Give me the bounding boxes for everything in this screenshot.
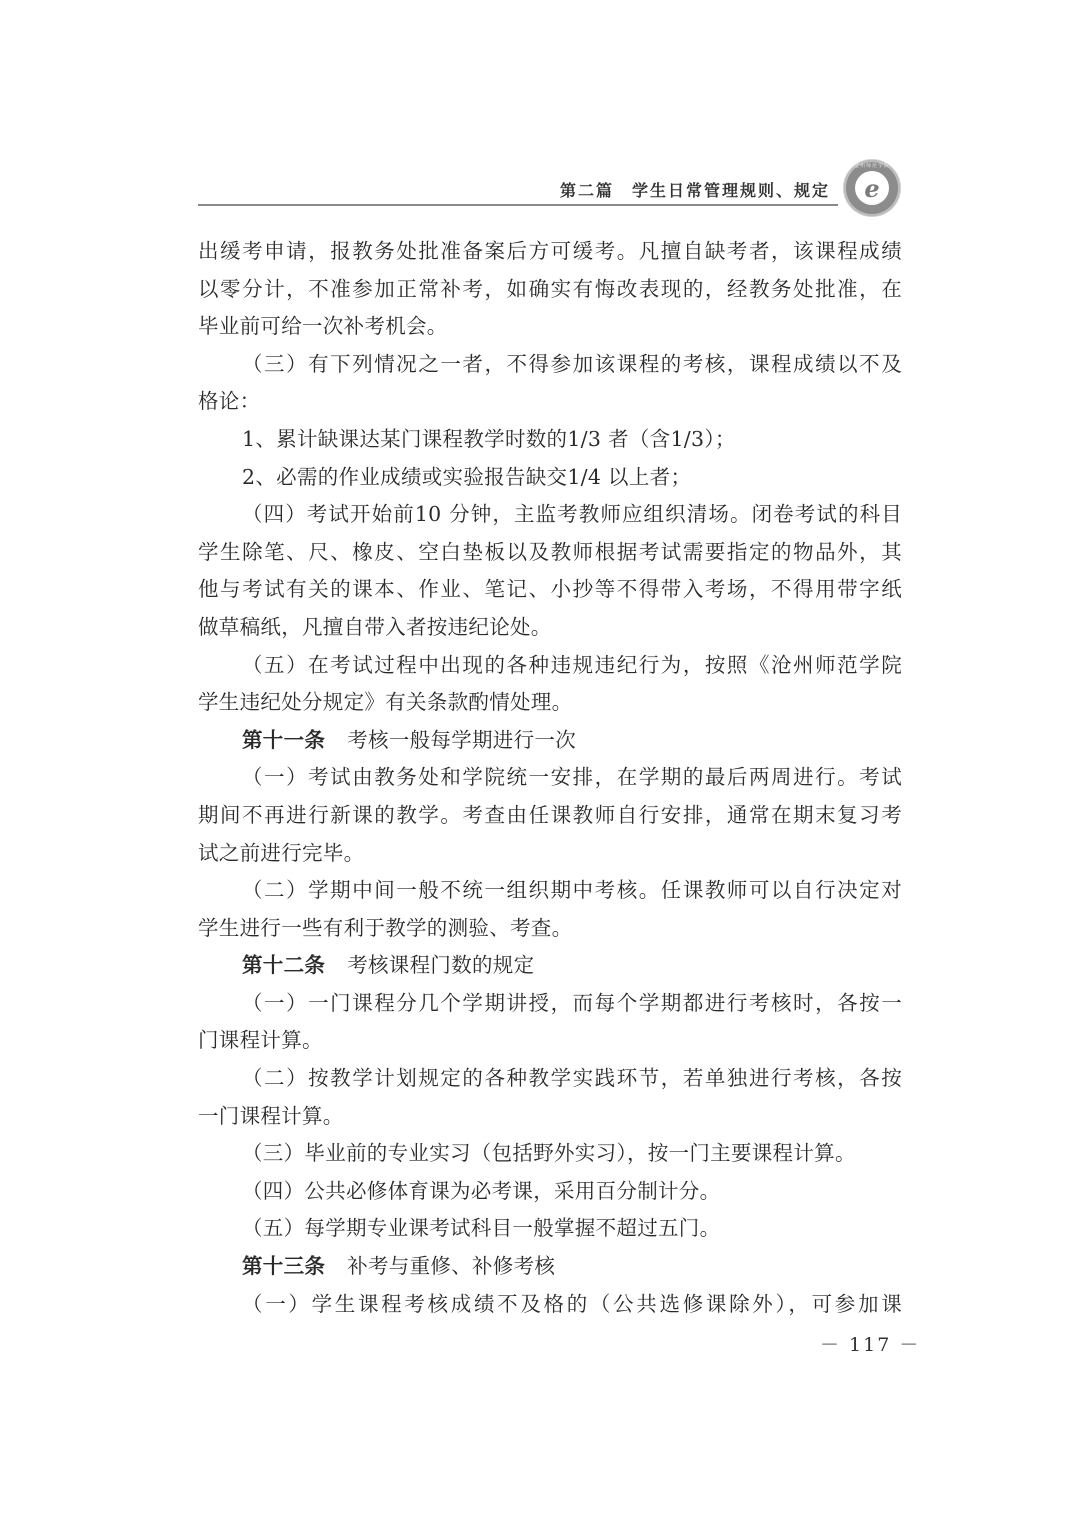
text-line: （二）按教学计划规定的各种教学实践环节，若单独进行考核，各按 [198, 1060, 902, 1098]
text-line: 1、累计缺课达某门课程教学时数的1/3 者（含1/3）； [198, 421, 902, 459]
line-text: （一）学生课程考核成绩不及格的（公共选修课除外），可参加课 [242, 1292, 902, 1316]
line-text: 试之前进行完毕。 [198, 841, 364, 865]
text-line: （四）考试开始前10 分钟，主监考教师应组织清场。闭卷考试的科目 [198, 496, 902, 534]
text-line: （一）学生课程考核成绩不及格的（公共选修课除外），可参加课 [198, 1286, 902, 1324]
line-text: 以零分计，不准参加正常补考，如确实有悔改表现的，经教务处批准，在 [198, 277, 902, 301]
document-page: 第二篇 学生日常管理规则、规定 沧州师范学院 e 出缓考申请，报教务处批准备案后… [0, 0, 1080, 1528]
text-line: （一）考试由教务处和学院统一安排，在学期的最后两周进行。考试 [198, 759, 902, 797]
line-text: （三）毕业前的专业实习（包括野外实习），按一门主要课程计算。 [242, 1141, 856, 1165]
line-text: 学生进行一些有利于教学的测验、考查。 [198, 916, 572, 940]
line-text: （四）公共必修体育课为必考课，采用百分制计分。 [242, 1179, 720, 1203]
line-text: 他与考试有关的课本、作业、笔记、小抄等不得带入考场，不得用带字纸 [198, 577, 902, 601]
text-line: （二）学期中间一般不统一组织期中考核。任课教师可以自行决定对 [198, 872, 902, 910]
text-line: （三）有下列情况之一者，不得参加该课程的考核，课程成绩以不及 [198, 346, 902, 384]
text-line: 试之前进行完毕。 [198, 835, 902, 873]
line-text: 期间不再进行新课的教学。考查由任课教师自行安排，通常在期末复习考 [198, 803, 902, 827]
text-line: 做草稿纸，凡擅自带入者按违纪论处。 [198, 609, 902, 647]
school-emblem-icon: 沧州师范学院 e [844, 160, 900, 216]
line-text: （五）每学期专业课考试科目一般掌握不超过五门。 [242, 1216, 720, 1240]
line-text: 学生除笔、尺、橡皮、空白垫板以及教师根据考试需要指定的物品外，其 [198, 540, 902, 564]
article-title: 补考与重修、补修考核 [347, 1254, 555, 1278]
text-line: 学生违纪处分规定》有关条款酌情处理。 [198, 684, 902, 722]
emblem-glyph: e [855, 171, 889, 205]
text-line: （四）公共必修体育课为必考课，采用百分制计分。 [198, 1173, 902, 1211]
article-label: 第十三条 [242, 1254, 325, 1278]
line-text: （二）按教学计划规定的各种教学实践环节，若单独进行考核，各按 [242, 1066, 902, 1090]
text-line: 2、必需的作业成绩或实验报告缺交1/4 以上者； [198, 459, 902, 497]
line-text: 学生违纪处分规定》有关条款酌情处理。 [198, 690, 572, 714]
text-line: 一门课程计算。 [198, 1098, 902, 1136]
text-line: （五）在考试过程中出现的各种违规违纪行为，按照《沧州师范学院 [198, 647, 902, 685]
text-line: 学生进行一些有利于教学的测验、考查。 [198, 910, 902, 948]
text-line: （三）毕业前的专业实习（包括野外实习），按一门主要课程计算。 [198, 1135, 902, 1173]
text-line: 毕业前可给一次补考机会。 [198, 308, 902, 346]
article-heading-line: 第十一条考核一般每学期进行一次 [198, 722, 902, 760]
line-text: （五）在考试过程中出现的各种违规违纪行为，按照《沧州师范学院 [242, 653, 902, 677]
line-text: 门课程计算。 [198, 1028, 323, 1052]
article-title: 考核课程门数的规定 [347, 953, 534, 977]
line-text: 出缓考申请，报教务处批准备案后方可缓考。凡擅自缺考者，该课程成绩 [198, 239, 902, 263]
line-text: （三）有下列情况之一者，不得参加该课程的考核，课程成绩以不及 [242, 352, 902, 376]
text-line: 格论： [198, 383, 902, 421]
emblem-ring-text: 沧州师范学院 [844, 162, 900, 169]
text-line: 他与考试有关的课本、作业、笔记、小抄等不得带入考场，不得用带字纸 [198, 571, 902, 609]
line-text: 毕业前可给一次补考机会。 [198, 314, 448, 338]
article-label: 第十二条 [242, 953, 325, 977]
article-title: 考核一般每学期进行一次 [347, 728, 576, 752]
article-label: 第十一条 [242, 728, 325, 752]
line-text: 做草稿纸，凡擅自带入者按违纪论处。 [198, 615, 552, 639]
text-line: 门课程计算。 [198, 1022, 902, 1060]
body-text: 出缓考申请，报教务处批准备案后方可缓考。凡擅自缺考者，该课程成绩以零分计，不准参… [198, 233, 902, 1323]
article-heading-line: 第十三条补考与重修、补修考核 [198, 1248, 902, 1286]
running-header: 第二篇 学生日常管理规则、规定 [198, 176, 838, 206]
text-line: （一）一门课程分几个学期讲授，而每个学期都进行考核时，各按一 [198, 985, 902, 1023]
text-line: 学生除笔、尺、橡皮、空白垫板以及教师根据考试需要指定的物品外，其 [198, 534, 902, 572]
section-title: 第二篇 学生日常管理规则、规定 [560, 178, 830, 201]
line-text: 1、累计缺课达某门课程教学时数的1/3 者（含1/3）； [242, 427, 736, 451]
text-line: 以零分计，不准参加正常补考，如确实有悔改表现的，经教务处批准，在 [198, 271, 902, 309]
line-text: （二）学期中间一般不统一组织期中考核。任课教师可以自行决定对 [242, 878, 902, 902]
page-number: － 117 － [820, 1330, 902, 1357]
line-text: （一）考试由教务处和学院统一安排，在学期的最后两周进行。考试 [242, 765, 902, 789]
text-line: 期间不再进行新课的教学。考查由任课教师自行安排，通常在期末复习考 [198, 797, 902, 835]
line-text: 格论： [198, 389, 260, 413]
line-text: （四）考试开始前10 分钟，主监考教师应组织清场。闭卷考试的科目 [242, 502, 902, 526]
article-heading-line: 第十二条考核课程门数的规定 [198, 947, 902, 985]
text-line: （五）每学期专业课考试科目一般掌握不超过五门。 [198, 1210, 902, 1248]
line-text: 2、必需的作业成绩或实验报告缺交1/4 以上者； [242, 465, 691, 489]
line-text: 一门课程计算。 [198, 1104, 344, 1128]
line-text: （一）一门课程分几个学期讲授，而每个学期都进行考核时，各按一 [242, 991, 902, 1015]
text-line: 出缓考申请，报教务处批准备案后方可缓考。凡擅自缺考者，该课程成绩 [198, 233, 902, 271]
